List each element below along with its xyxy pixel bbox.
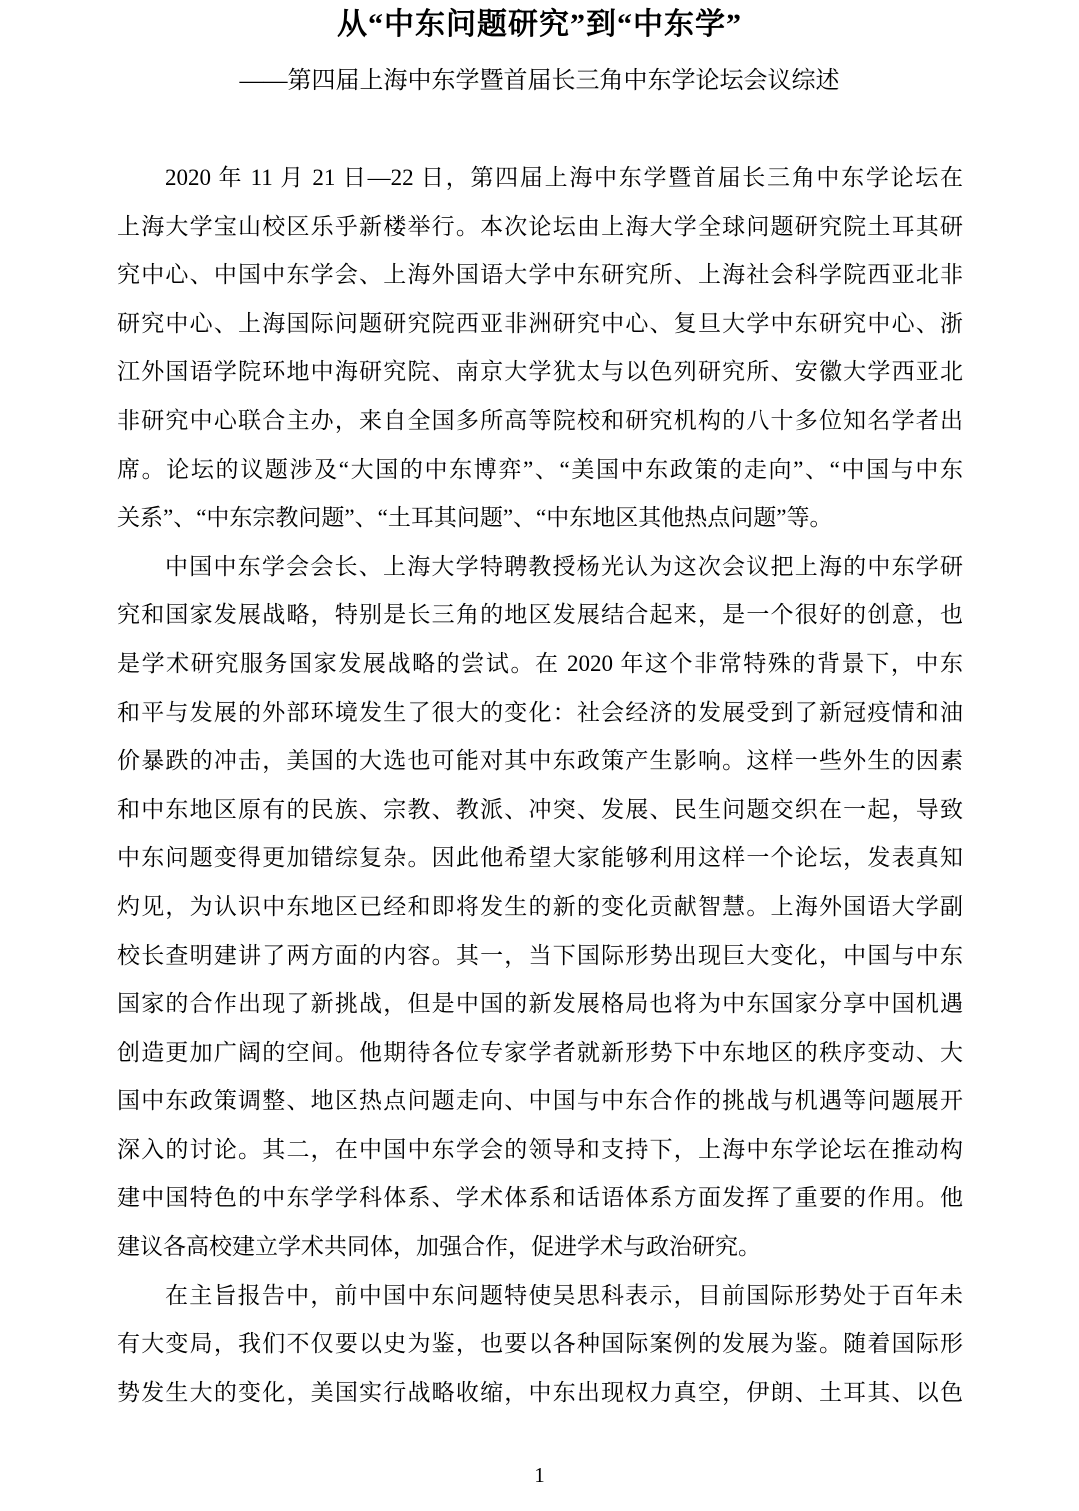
- document-page: 从“中东问题研究”到“中东学” ——第四届上海中东学暨首届长三角中东学论坛会议综…: [0, 0, 1079, 1511]
- document-body: 2020 年 11 月 21 日—22 日，第四届上海中东学暨首届长三角中东学论…: [117, 154, 963, 1417]
- page-subtitle: ——第四届上海中东学暨首届长三角中东学论坛会议综述: [0, 66, 1079, 96]
- text-line: 灼见，为认识中东地区已经和即将发生的新的变化贡献智慧。上海外国语大学副: [117, 883, 963, 932]
- text-line: 江外国语学院环地中海研究院、南京大学犹太与以色列研究所、安徽大学西亚北: [117, 348, 963, 397]
- page-title: 从“中东问题研究”到“中东学”: [0, 0, 1079, 42]
- text-line: 中国中东学会会长、上海大学特聘教授杨光认为这次会议把上海的中东学研: [117, 543, 963, 592]
- text-line: 2020 年 11 月 21 日—22 日，第四届上海中东学暨首届长三角中东学论…: [117, 154, 963, 203]
- text-line: 非研究中心联合主办，来自全国多所高等院校和研究机构的八十多位知名学者出: [117, 397, 963, 446]
- text-line: 和中东地区原有的民族、宗教、教派、冲突、发展、民生问题交织在一起，导致: [117, 786, 963, 835]
- text-line: 究和国家发展战略，特别是长三角的地区发展结合起来，是一个很好的创意，也: [117, 591, 963, 640]
- text-line: 国家的合作出现了新挑战，但是中国的新发展格局也将为中东国家分享中国机遇: [117, 980, 963, 1029]
- text-line: 研究中心、上海国际问题研究院西亚非洲研究中心、复旦大学中东研究中心、浙: [117, 300, 963, 349]
- text-line: 席。论坛的议题涉及“大国的中东博弈”、“美国中东政策的走向”、“中国与中东: [117, 446, 963, 495]
- text-line: 创造更加广阔的空间。他期待各位专家学者就新形势下中东地区的秩序变动、大: [117, 1029, 963, 1078]
- text-line: 究中心、中国中东学会、上海外国语大学中东研究所、上海社会科学院西亚北非: [117, 251, 963, 300]
- paragraph: 在主旨报告中，前中国中东问题特使吴思科表示，目前国际形势处于百年未有大变局，我们…: [117, 1272, 963, 1418]
- text-line: 建议各高校建立学术共同体，加强合作，促进学术与政治研究。: [117, 1223, 963, 1272]
- text-line: 校长查明建讲了两方面的内容。其一，当下国际形势出现巨大变化，中国与中东: [117, 932, 963, 981]
- paragraph: 2020 年 11 月 21 日—22 日，第四届上海中东学暨首届长三角中东学论…: [117, 154, 963, 543]
- text-line: 在主旨报告中，前中国中东问题特使吴思科表示，目前国际形势处于百年未: [117, 1272, 963, 1321]
- text-line: 是学术研究服务国家发展战略的尝试。在 2020 年这个非常特殊的背景下，中东: [117, 640, 963, 689]
- text-line: 势发生大的变化，美国实行战略收缩，中东出现权力真空，伊朗、土耳其、以色: [117, 1369, 963, 1418]
- text-line: 有大变局，我们不仅要以史为鉴，也要以各种国际案例的发展为鉴。随着国际形: [117, 1320, 963, 1369]
- paragraph: 中国中东学会会长、上海大学特聘教授杨光认为这次会议把上海的中东学研究和国家发展战…: [117, 543, 963, 1272]
- text-line: 国中东政策调整、地区热点问题走向、中国与中东合作的挑战与机遇等问题展开: [117, 1077, 963, 1126]
- text-line: 中东问题变得更加错综复杂。因此他希望大家能够利用这样一个论坛，发表真知: [117, 834, 963, 883]
- text-line: 价暴跌的冲击，美国的大选也可能对其中东政策产生影响。这样一些外生的因素: [117, 737, 963, 786]
- text-line: 和平与发展的外部环境发生了很大的变化：社会经济的发展受到了新冠疫情和油: [117, 689, 963, 738]
- text-line: 关系”、“中东宗教问题”、“土耳其问题”、“中东地区其他热点问题”等。: [117, 494, 963, 543]
- text-line: 深入的讨论。其二，在中国中东学会的领导和支持下，上海中东学论坛在推动构: [117, 1126, 963, 1175]
- text-line: 建中国特色的中东学学科体系、学术体系和话语体系方面发挥了重要的作用。他: [117, 1174, 963, 1223]
- page-number: 1: [0, 1462, 1079, 1488]
- text-line: 上海大学宝山校区乐乎新楼举行。本次论坛由上海大学全球问题研究院土耳其研: [117, 203, 963, 252]
